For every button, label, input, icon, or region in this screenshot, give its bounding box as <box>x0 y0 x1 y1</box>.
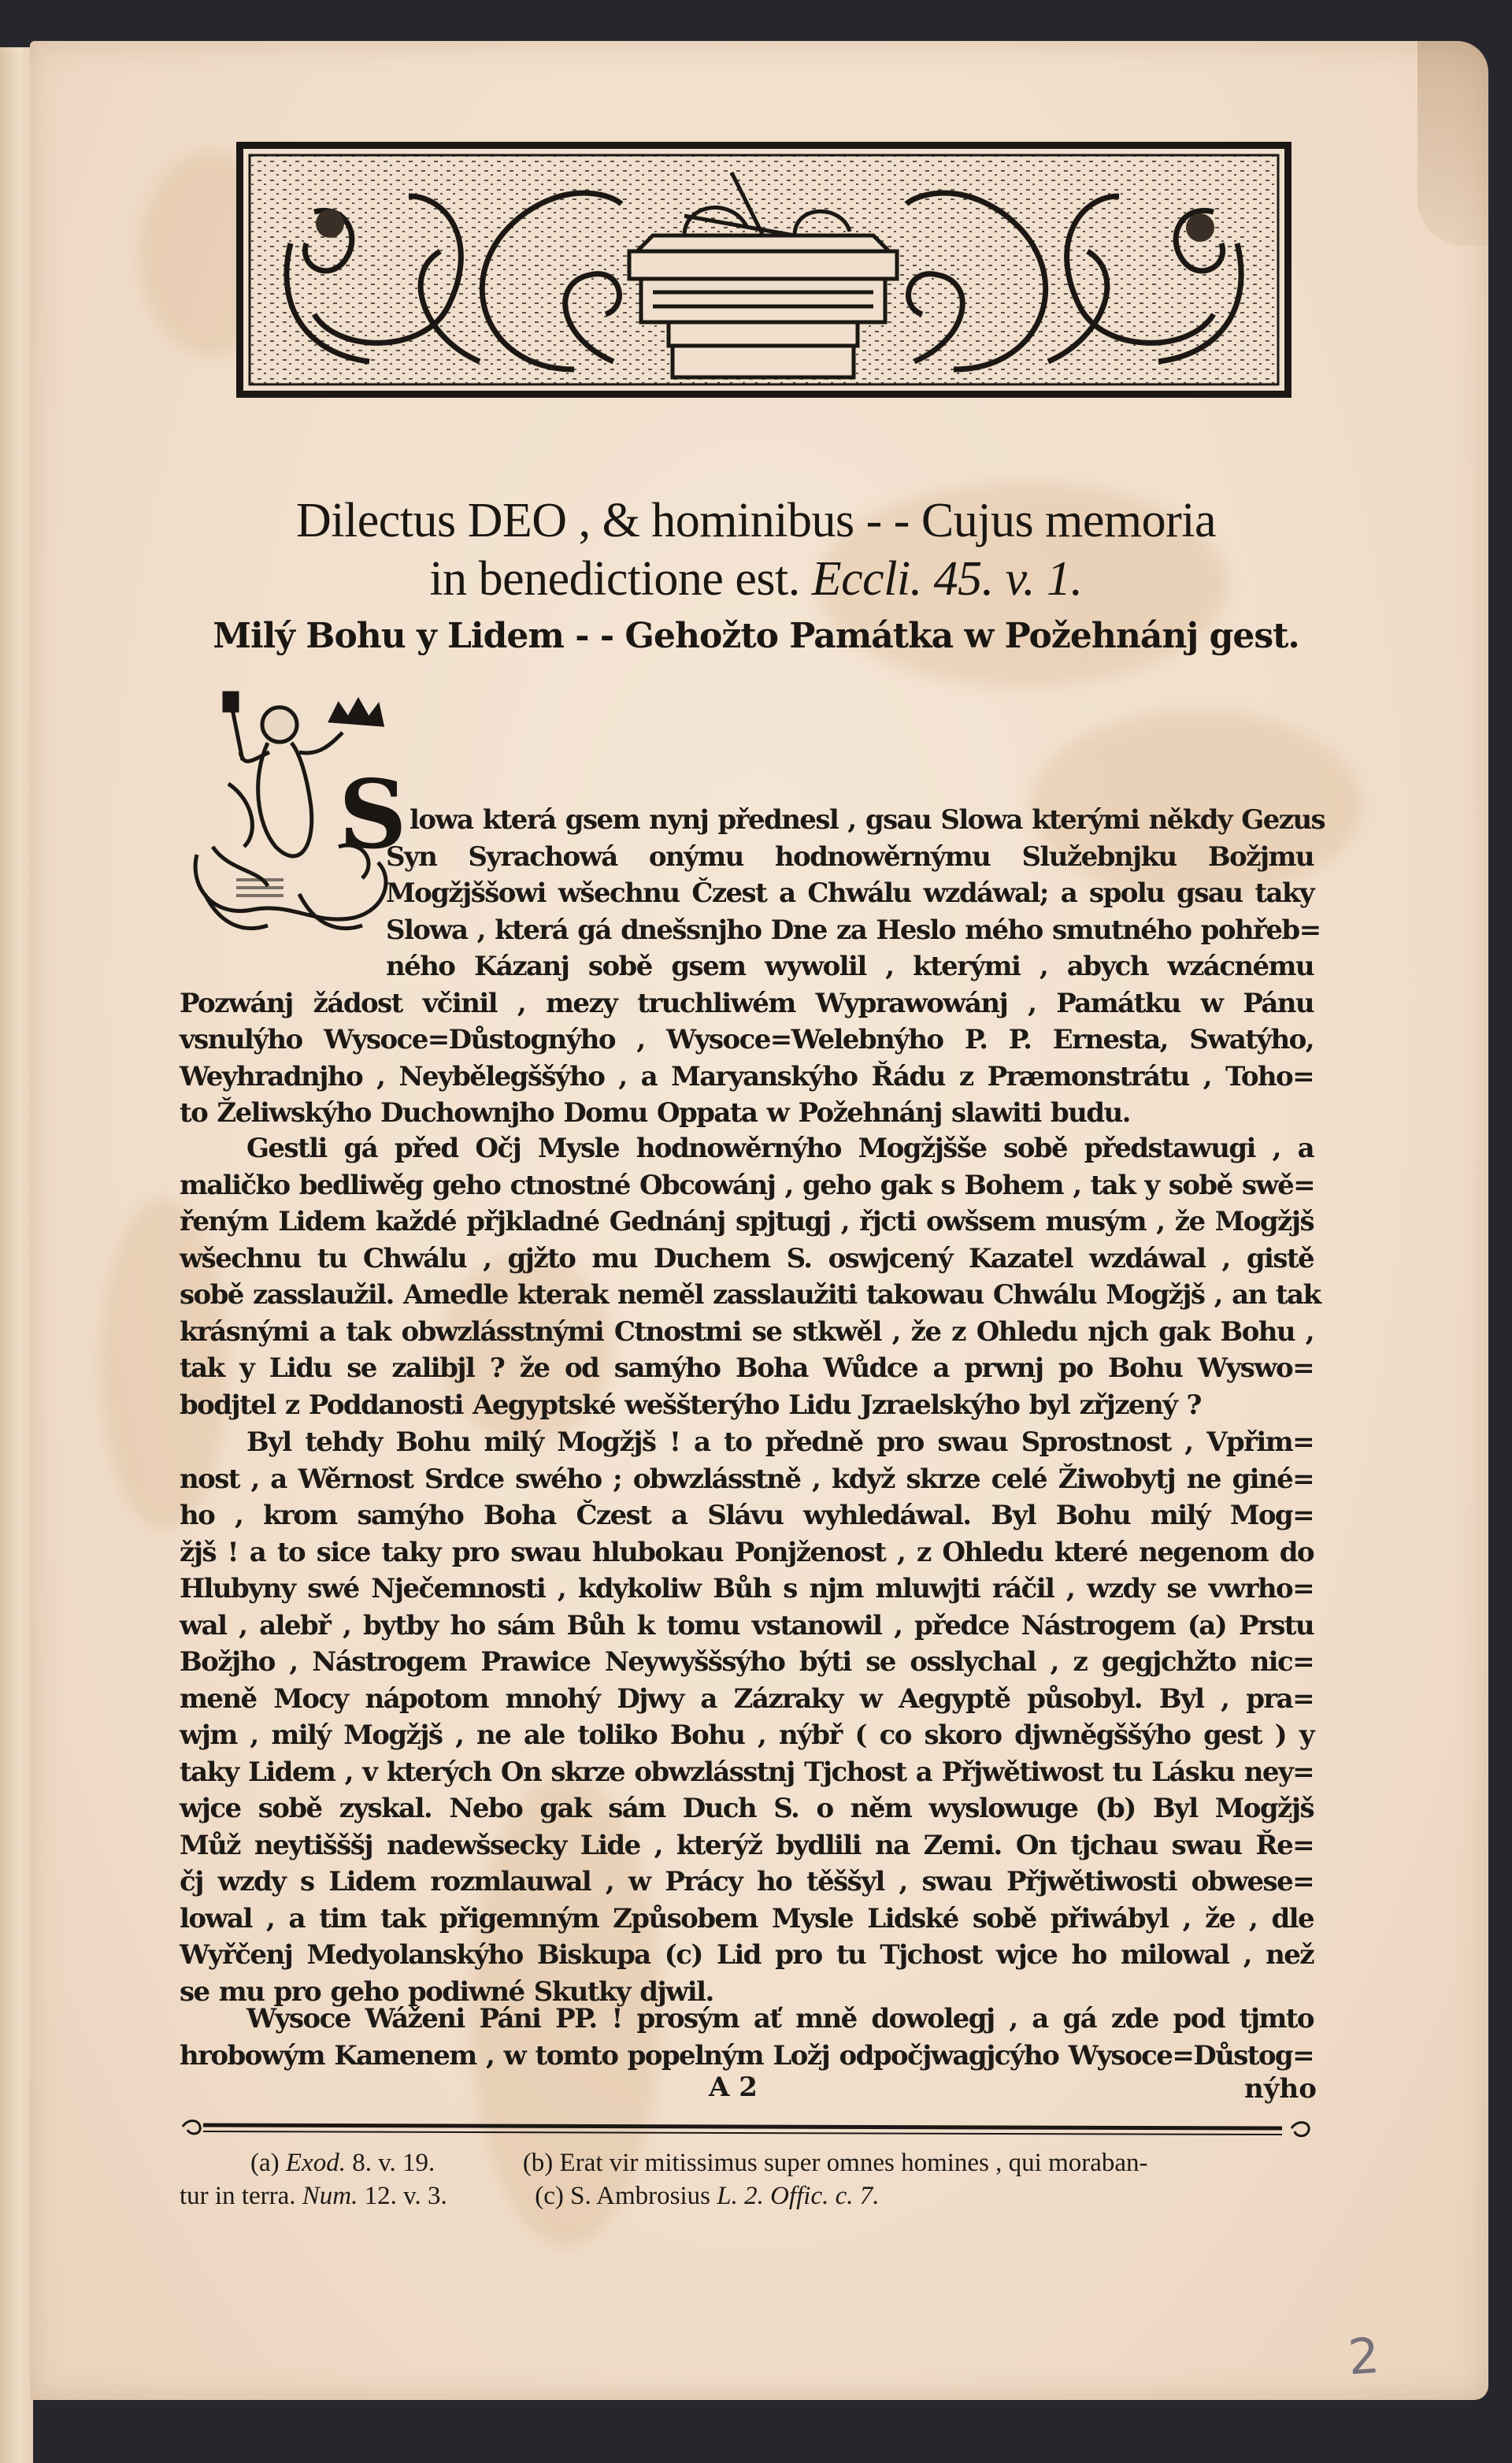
text-line: Mogžjššowi wšechnu Čzest a Chwálu wzdáwa… <box>180 875 1314 912</box>
text-line: sobě zasslaužil. Amedle kterak neměl zas… <box>180 1277 1314 1314</box>
text-line: Pozwánj žádost včinil , mezy truchliwém … <box>180 985 1314 1022</box>
title-latin-text: in benedictione est. <box>429 552 799 606</box>
text-line: bodjtel z Poddanosti Aegyptské weššterýh… <box>180 1387 1314 1424</box>
text-line: Hlubyny swé Nječemnosti , kdykoliw Bůh s… <box>180 1571 1314 1608</box>
text-line: Wyřčenj Medyolanskýho Biskupa (c) Lid pr… <box>180 1937 1314 1974</box>
text-line: Wysoce Wáženi Páni PP. ! prosým ať mně d… <box>180 2001 1314 2038</box>
text-line: Byl tehdy Bohu milý Mogžjš ! a to předně… <box>180 1424 1314 1461</box>
text-line: čj wzdy s Lidem rozmlauwal , w Prácy ho … <box>180 1864 1314 1901</box>
footnote-c-ref: L. 2. Offic. c. 7. <box>717 2182 879 2210</box>
paragraph-2: Gestli gá před Očj Mysle hodnowěrnýho Mo… <box>180 1130 1314 1423</box>
footnote-c-marker: (c) <box>535 2182 564 2210</box>
text-line: žjš ! a to sice taky pro swau hlubokau P… <box>180 1534 1314 1571</box>
footnotes: (a) Exod. 8. v. 19. (b) Erat vir mitissi… <box>180 2146 1314 2213</box>
text-line: Slowa , která gá dnešsnjho Dne za Heslo … <box>180 912 1314 949</box>
title-latin-line-1: Dilectus DEO , & hominibus - - Cujus mem… <box>0 495 1512 547</box>
text-line: Syn Syrachowá onýmu hodnowěrnýmu Služebn… <box>180 839 1314 876</box>
text-line: hrobowým Kamenem , w tomto popelným Ložj… <box>180 2038 1314 2075</box>
text-line: ného Kázanj sobě gsem wywolil , kterými … <box>180 948 1314 985</box>
text-line: Božjho , Nástrogem Prawice Neywyššsýho b… <box>180 1644 1314 1681</box>
paragraph-3: Byl tehdy Bohu milý Mogžjš ! a to předně… <box>180 1424 1314 2010</box>
torn-corner <box>1417 41 1488 246</box>
text-line: maličko bedliwěg geho ctnostné Obcowánj … <box>180 1167 1314 1204</box>
text-line: řeným Lidem každé přjkladné Gednánj spjt… <box>180 1204 1314 1241</box>
text-line: wjm , milý Mogžjš , ne ale toliko Bohu ,… <box>180 1717 1314 1754</box>
paragraph-1: lowa která gsem nynj přednesl , gsau Slo… <box>180 802 1314 1132</box>
footnote-b-ref: Num. <box>302 2182 358 2210</box>
text-line: to Želiwskýho Duchownjho Domu Oppata w P… <box>180 1095 1314 1132</box>
text-line: Můž neytišššj nadewšsecky Lide , kterýž … <box>180 1827 1314 1864</box>
text-line: vsnulýho Wysoce=Důstognýho , Wysoce=Wele… <box>180 1022 1314 1059</box>
woodcut-vignette-icon <box>243 149 1284 391</box>
text-line: taky Lidem , v kterých On skrze obwzláss… <box>180 1754 1314 1791</box>
footnote-a-text: 8. v. 19. <box>352 2149 435 2177</box>
footnote-divider <box>180 2117 1314 2141</box>
ornamental-rule-icon <box>180 2117 1314 2141</box>
footnote-b-continuation: tur in terra. <box>180 2182 296 2210</box>
footnote-line-1: (a) Exod. 8. v. 19. (b) Erat vir mitissi… <box>180 2146 1314 2179</box>
footnote-b-ref-rest: 12. v. 3. <box>365 2182 447 2210</box>
catchword: nýho <box>1244 2073 1317 2105</box>
title-czech-line: Milý Bohu y Lidem - - Gehožto Památka w … <box>0 616 1512 656</box>
signature-mark: A 2 <box>709 2072 758 2103</box>
footnote-b-text: Erat vir mitissimus super omnes homines … <box>560 2149 1148 2177</box>
scripture-reference: Eccli. 45. v. 1. <box>812 552 1083 606</box>
footnote-b-marker: (b) <box>523 2149 553 2177</box>
footnote-c-text: S. Ambrosius <box>570 2182 710 2210</box>
text-line: wjce sobě zyskal. Nebo gak sám Duch S. o… <box>180 1790 1314 1827</box>
text-line: nost , a Wěrnost Srdce swého ; obwzlásst… <box>180 1461 1314 1498</box>
footnote-a-marker: (a) <box>250 2149 280 2177</box>
pencil-folio-number: 2 <box>1347 2327 1381 2387</box>
text-line: wal , alebř , bytby ho sám Bůh k tomu vs… <box>180 1608 1314 1645</box>
text-line: krásnými a tak obwzlásstnými Ctnostmi se… <box>180 1314 1314 1351</box>
title-latin-line-2: in benedictione est. Eccli. 45. v. 1. <box>0 553 1512 605</box>
text-line: lowa která gsem nynj přednesl , gsau Slo… <box>180 802 1314 839</box>
text-line: tak y Lidu se zalibjl ? že od samýho Boh… <box>180 1350 1314 1387</box>
paragraph-4: Wysoce Wáženi Páni PP. ! prosým ať mně d… <box>180 2001 1314 2074</box>
footnote-line-2: tur in terra. Num. 12. v. 3. (c) S. Ambr… <box>180 2179 1314 2213</box>
text-line: wšechnu tu Chwálu , gjžto mu Duchem S. o… <box>180 1241 1314 1278</box>
text-line: Gestli gá před Očj Mysle hodnowěrnýho Mo… <box>180 1130 1314 1167</box>
footnote-a-ref: Exod. <box>286 2149 346 2177</box>
text-line: meně Mocy nápotom mnohý Djwy a Zázraky w… <box>180 1681 1314 1718</box>
text-line: lowal , a tim tak přigemným Způsobem Mys… <box>180 1901 1314 1938</box>
text-line: ho , krom samýho Boha Čzest a Slávu wyhl… <box>180 1497 1314 1534</box>
binding-gutter <box>0 47 33 2463</box>
text-line: Weyhradnjho , Neybělegššýho , a Maryansk… <box>180 1059 1314 1096</box>
header-woodcut-ornament <box>236 142 1291 398</box>
